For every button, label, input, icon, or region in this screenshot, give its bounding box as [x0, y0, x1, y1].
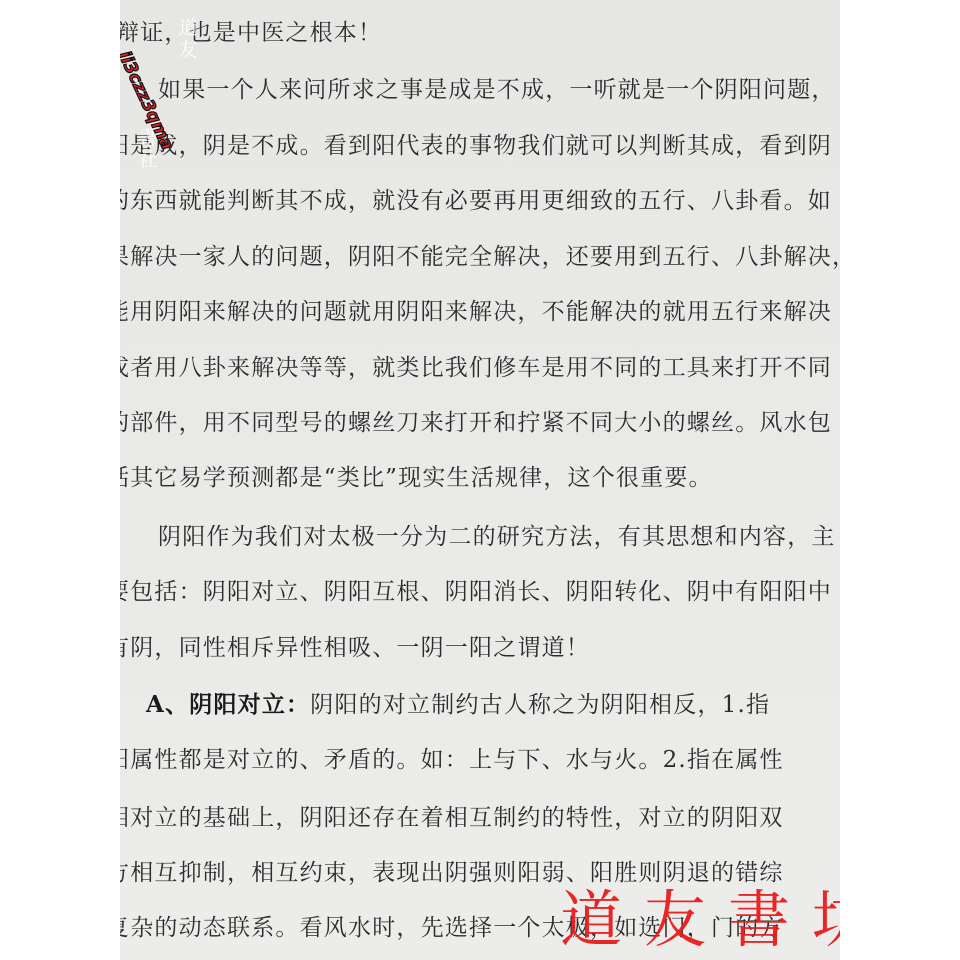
watermark-char-dao: 道: [178, 18, 198, 38]
watermark-stamp: 道友書坊: [560, 880, 840, 960]
text-line-10: 阴阳作为我们对太极一分为二的研究方法，有其思想和内容，主: [158, 522, 836, 552]
section-heading: A、阴阳对立：: [146, 691, 310, 718]
text-line-14: 阳属性都是对立的、矛盾的。如：上与下、水与火。2.指在属性: [120, 745, 784, 775]
text-line-13: A、阴阳对立：阴阳的对立制约古人称之为阴阳相反，1.指: [146, 690, 770, 720]
text-line-11: 要包括：阴阳对立、阴阳互根、阴阳消长、阴阳转化、阴中有阳阳中: [120, 577, 832, 607]
watermark-char-you: 友: [178, 40, 198, 60]
text-line-5: 果解决一家人的问题，阴阳不能完全解决，还要用到五行、八卦解决，: [120, 242, 840, 272]
watermark-char-she: 社: [138, 150, 158, 170]
text-line-1: 辩证，也是中医之根本！: [120, 18, 382, 48]
text-line-6: 能用阴阳来解决的问题就用阴阳来解决，不能解决的就用五行来解决: [120, 297, 832, 327]
text-line-2: 如果一个人来问所求之事是成是不成，一听就是一个阴阳问题，: [158, 75, 836, 105]
text-line-12: 有阴，同性相斥异性相吸、一阴一阳之谓道！: [120, 633, 590, 663]
text-line-7: 或者用八卦来解决等等，就类比我们修车是用不同的工具来打开不同: [120, 353, 832, 383]
text-line-4: 的东西就能判断其不成，就没有必要再用更细致的五行、八卦看。如: [120, 186, 832, 216]
text-line-3: 阳是成，阴是不成。看到阳代表的事物我们就可以判断其成，看到阴: [120, 131, 832, 161]
text-line-9: 括其它易学预测都是“类比”现实生活规律，这个很重要。: [120, 463, 713, 493]
section-text: 阴阳的对立制约古人称之为阴阳相反，1.指: [310, 692, 770, 718]
text-line-15: 相对立的基础上，阴阳还存在着相互制约的特性，对立的阴阳双: [120, 803, 784, 833]
text-line-8: 的部件，用不同型号的螺丝刀来打开和拧紧不同大小的螺丝。风水包: [120, 408, 832, 438]
book-page: 辩证，也是中医之根本！ 如果一个人来问所求之事是成是不成，一听就是一个阴阳问题，…: [120, 0, 840, 960]
